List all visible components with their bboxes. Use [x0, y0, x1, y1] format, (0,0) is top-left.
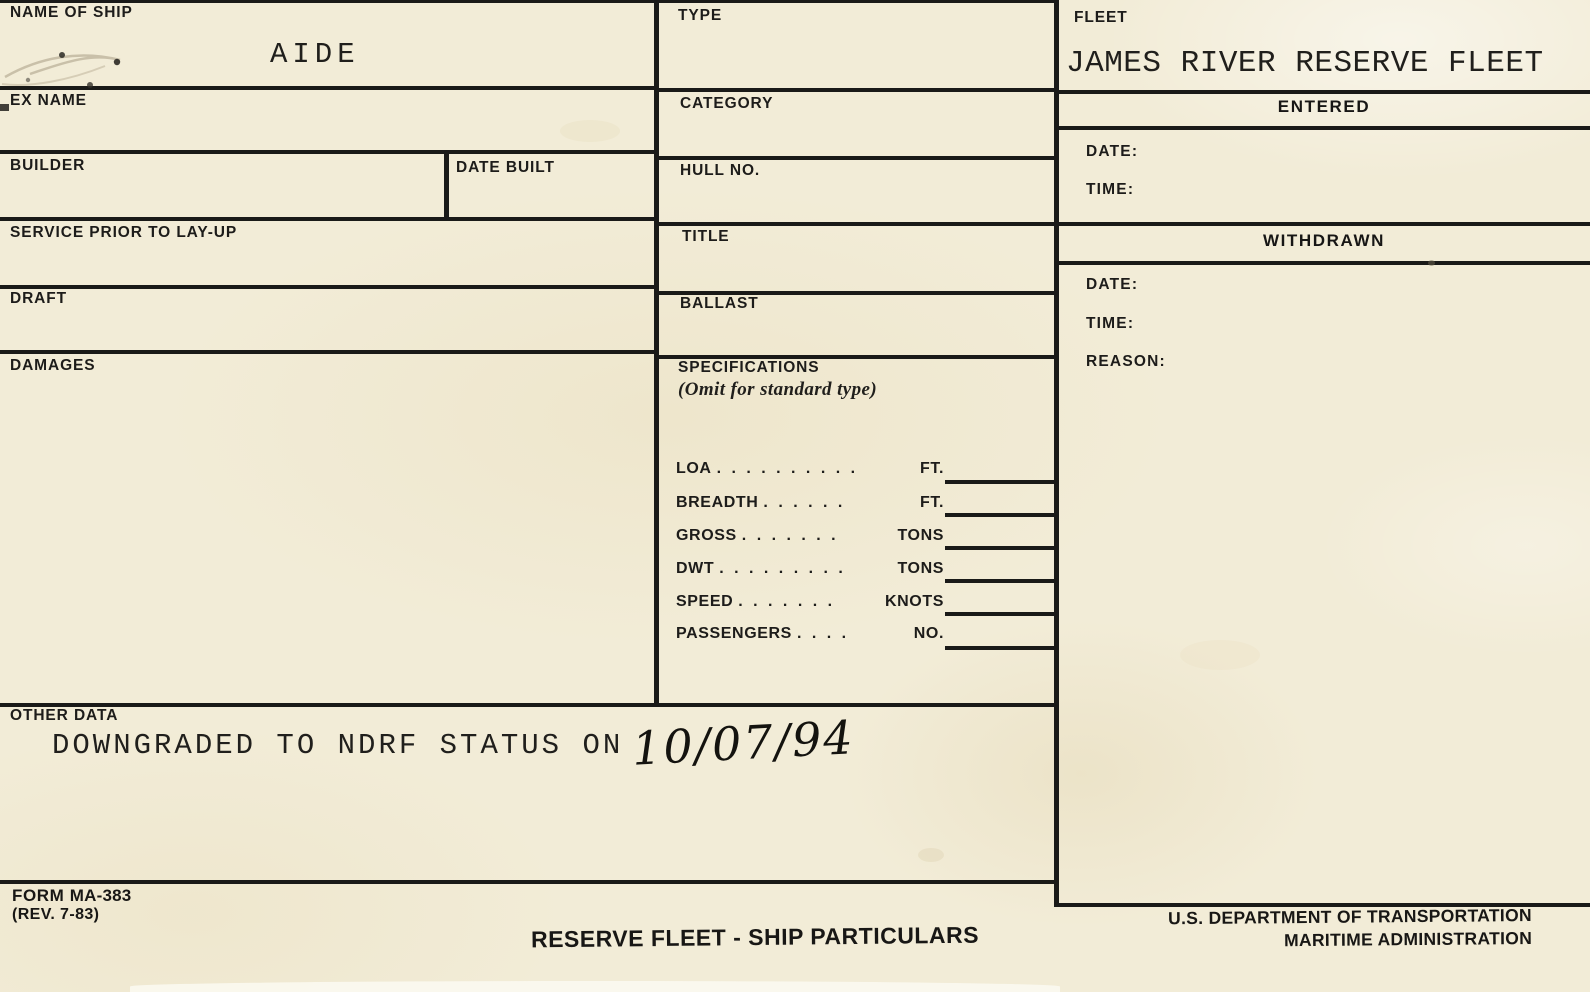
- spec-speed-blank-line: [945, 612, 1058, 616]
- spec-dwt-blank-line: [945, 579, 1058, 583]
- damages-label: DAMAGES: [10, 357, 96, 375]
- spec-dwt-label: DWT: [676, 560, 714, 578]
- fleet-value: JAMES RIVER RESERVE FLEET: [1066, 46, 1544, 81]
- spec-breadth-unit: FT.: [920, 494, 944, 512]
- spec-breadth-dot-leader: . . . . . .: [763, 494, 915, 512]
- other-data-label: OTHER DATA: [10, 707, 118, 725]
- name-of-ship-label: NAME OF SHIP: [10, 4, 133, 22]
- grid-line: [656, 88, 1058, 92]
- spec-passengers-unit: NO.: [914, 625, 944, 643]
- paper-stain: [918, 848, 944, 862]
- spec-loa-unit: FT.: [920, 460, 944, 478]
- hull-no-label: HULL NO.: [680, 162, 760, 180]
- grid-line: [0, 285, 656, 289]
- service-prior-to-layup-label: SERVICE PRIOR TO LAY-UP: [10, 224, 237, 242]
- spec-breadth-blank-line: [945, 513, 1058, 517]
- grid-line: [1054, 126, 1590, 130]
- specifications-label: SPECIFICATIONS: [678, 359, 820, 377]
- spec-loa-blank-line: [945, 480, 1058, 484]
- entered-date-label: DATE:: [1086, 143, 1138, 161]
- paper-stain: [560, 120, 620, 142]
- agency-block: U.S. DEPARTMENT OF TRANSPORTATION MARITI…: [1080, 904, 1532, 954]
- spec-gross-label: GROSS: [676, 527, 737, 545]
- form-number: FORM MA-383: [12, 886, 131, 906]
- grid-line: [0, 703, 1058, 707]
- spec-gross-unit: TONS: [897, 527, 944, 545]
- paper-stain: [1180, 640, 1260, 670]
- grid-line-vertical-mid: [654, 0, 659, 707]
- spec-row-speed: SPEED . . . . . . . KNOTS: [676, 591, 944, 613]
- form-revision: (REV. 7-83): [12, 906, 99, 924]
- spec-passengers-dot-leader: . . . .: [797, 625, 909, 643]
- spec-breadth-label: BREADTH: [676, 494, 758, 512]
- spec-loa-dot-leader: . . . . . . . . . .: [717, 460, 915, 478]
- form-title: RESERVE FLEET - SHIP PARTICULARS: [430, 921, 1080, 955]
- withdrawn-time-label: TIME:: [1086, 315, 1134, 333]
- spec-row-passengers: PASSENGERS . . . . NO.: [676, 623, 944, 645]
- title-label: TITLE: [682, 228, 730, 246]
- spec-row-dwt: DWT . . . . . . . . . TONS: [676, 558, 944, 580]
- grid-line: [1054, 222, 1590, 226]
- grid-line-bottom-left: [0, 880, 1058, 884]
- name-of-ship-value: AIDE: [270, 38, 360, 71]
- spec-row-gross: GROSS . . . . . . . TONS: [676, 525, 944, 547]
- spec-passengers-label: PASSENGERS: [676, 625, 792, 643]
- draft-label: DRAFT: [10, 290, 67, 308]
- spec-dwt-dot-leader: . . . . . . . . .: [719, 560, 892, 578]
- withdrawn-date-label: DATE:: [1086, 276, 1138, 294]
- specifications-note: (Omit for standard type): [678, 379, 877, 401]
- spec-row-loa: LOA . . . . . . . . . . FT.: [676, 458, 944, 480]
- grid-line: [0, 217, 656, 221]
- spec-gross-dot-leader: . . . . . . .: [742, 527, 893, 545]
- spec-speed-label: SPEED: [676, 593, 733, 611]
- spec-loa-label: LOA: [676, 460, 712, 478]
- grid-line: [656, 222, 1058, 226]
- other-data-handwritten-date: 10/07/94: [631, 710, 856, 776]
- grid-line: [1054, 261, 1590, 265]
- ship-particulars-form-card: NAME OF SHIP AIDE EX NAME BUILDER DATE B…: [0, 0, 1590, 992]
- grid-line-vertical-right: [1054, 0, 1059, 907]
- category-label: CATEGORY: [680, 95, 773, 113]
- withdrawn-section-header: WITHDRAWN: [1058, 231, 1590, 251]
- grid-line: [0, 150, 656, 154]
- spec-speed-unit: KNOTS: [885, 593, 944, 611]
- spec-gross-blank-line: [945, 546, 1058, 550]
- other-data-typed-value: DOWNGRADED TO NDRF STATUS ON: [52, 729, 623, 762]
- entered-time-label: TIME:: [1086, 181, 1134, 199]
- withdrawn-reason-label: REASON:: [1086, 353, 1166, 371]
- grid-line-top: [0, 0, 1058, 3]
- grid-line: [0, 350, 656, 354]
- spec-row-breadth: BREADTH . . . . . . FT.: [676, 492, 944, 514]
- grid-line: [1054, 90, 1590, 94]
- spec-dwt-unit: TONS: [897, 560, 944, 578]
- builder-label: BUILDER: [10, 157, 85, 175]
- fleet-label: FLEET: [1074, 9, 1128, 27]
- grid-line: [656, 156, 1058, 160]
- pencil-smudge: [0, 22, 260, 112]
- ballast-label: BALLAST: [680, 295, 759, 313]
- form-number-prefix: FORM: [12, 886, 64, 905]
- grid-line-vertical-date-built: [444, 150, 449, 221]
- agency-line-2: MARITIME ADMINISTRATION: [1080, 927, 1532, 954]
- scan-edge-highlight: [130, 981, 1060, 992]
- form-number-value: MA-383: [70, 886, 132, 905]
- type-label: TYPE: [678, 7, 722, 25]
- date-built-label: DATE BUILT: [456, 159, 555, 177]
- spec-passengers-blank-line: [945, 646, 1058, 650]
- spec-speed-dot-leader: . . . . . . .: [738, 593, 880, 611]
- entered-section-header: ENTERED: [1058, 97, 1590, 117]
